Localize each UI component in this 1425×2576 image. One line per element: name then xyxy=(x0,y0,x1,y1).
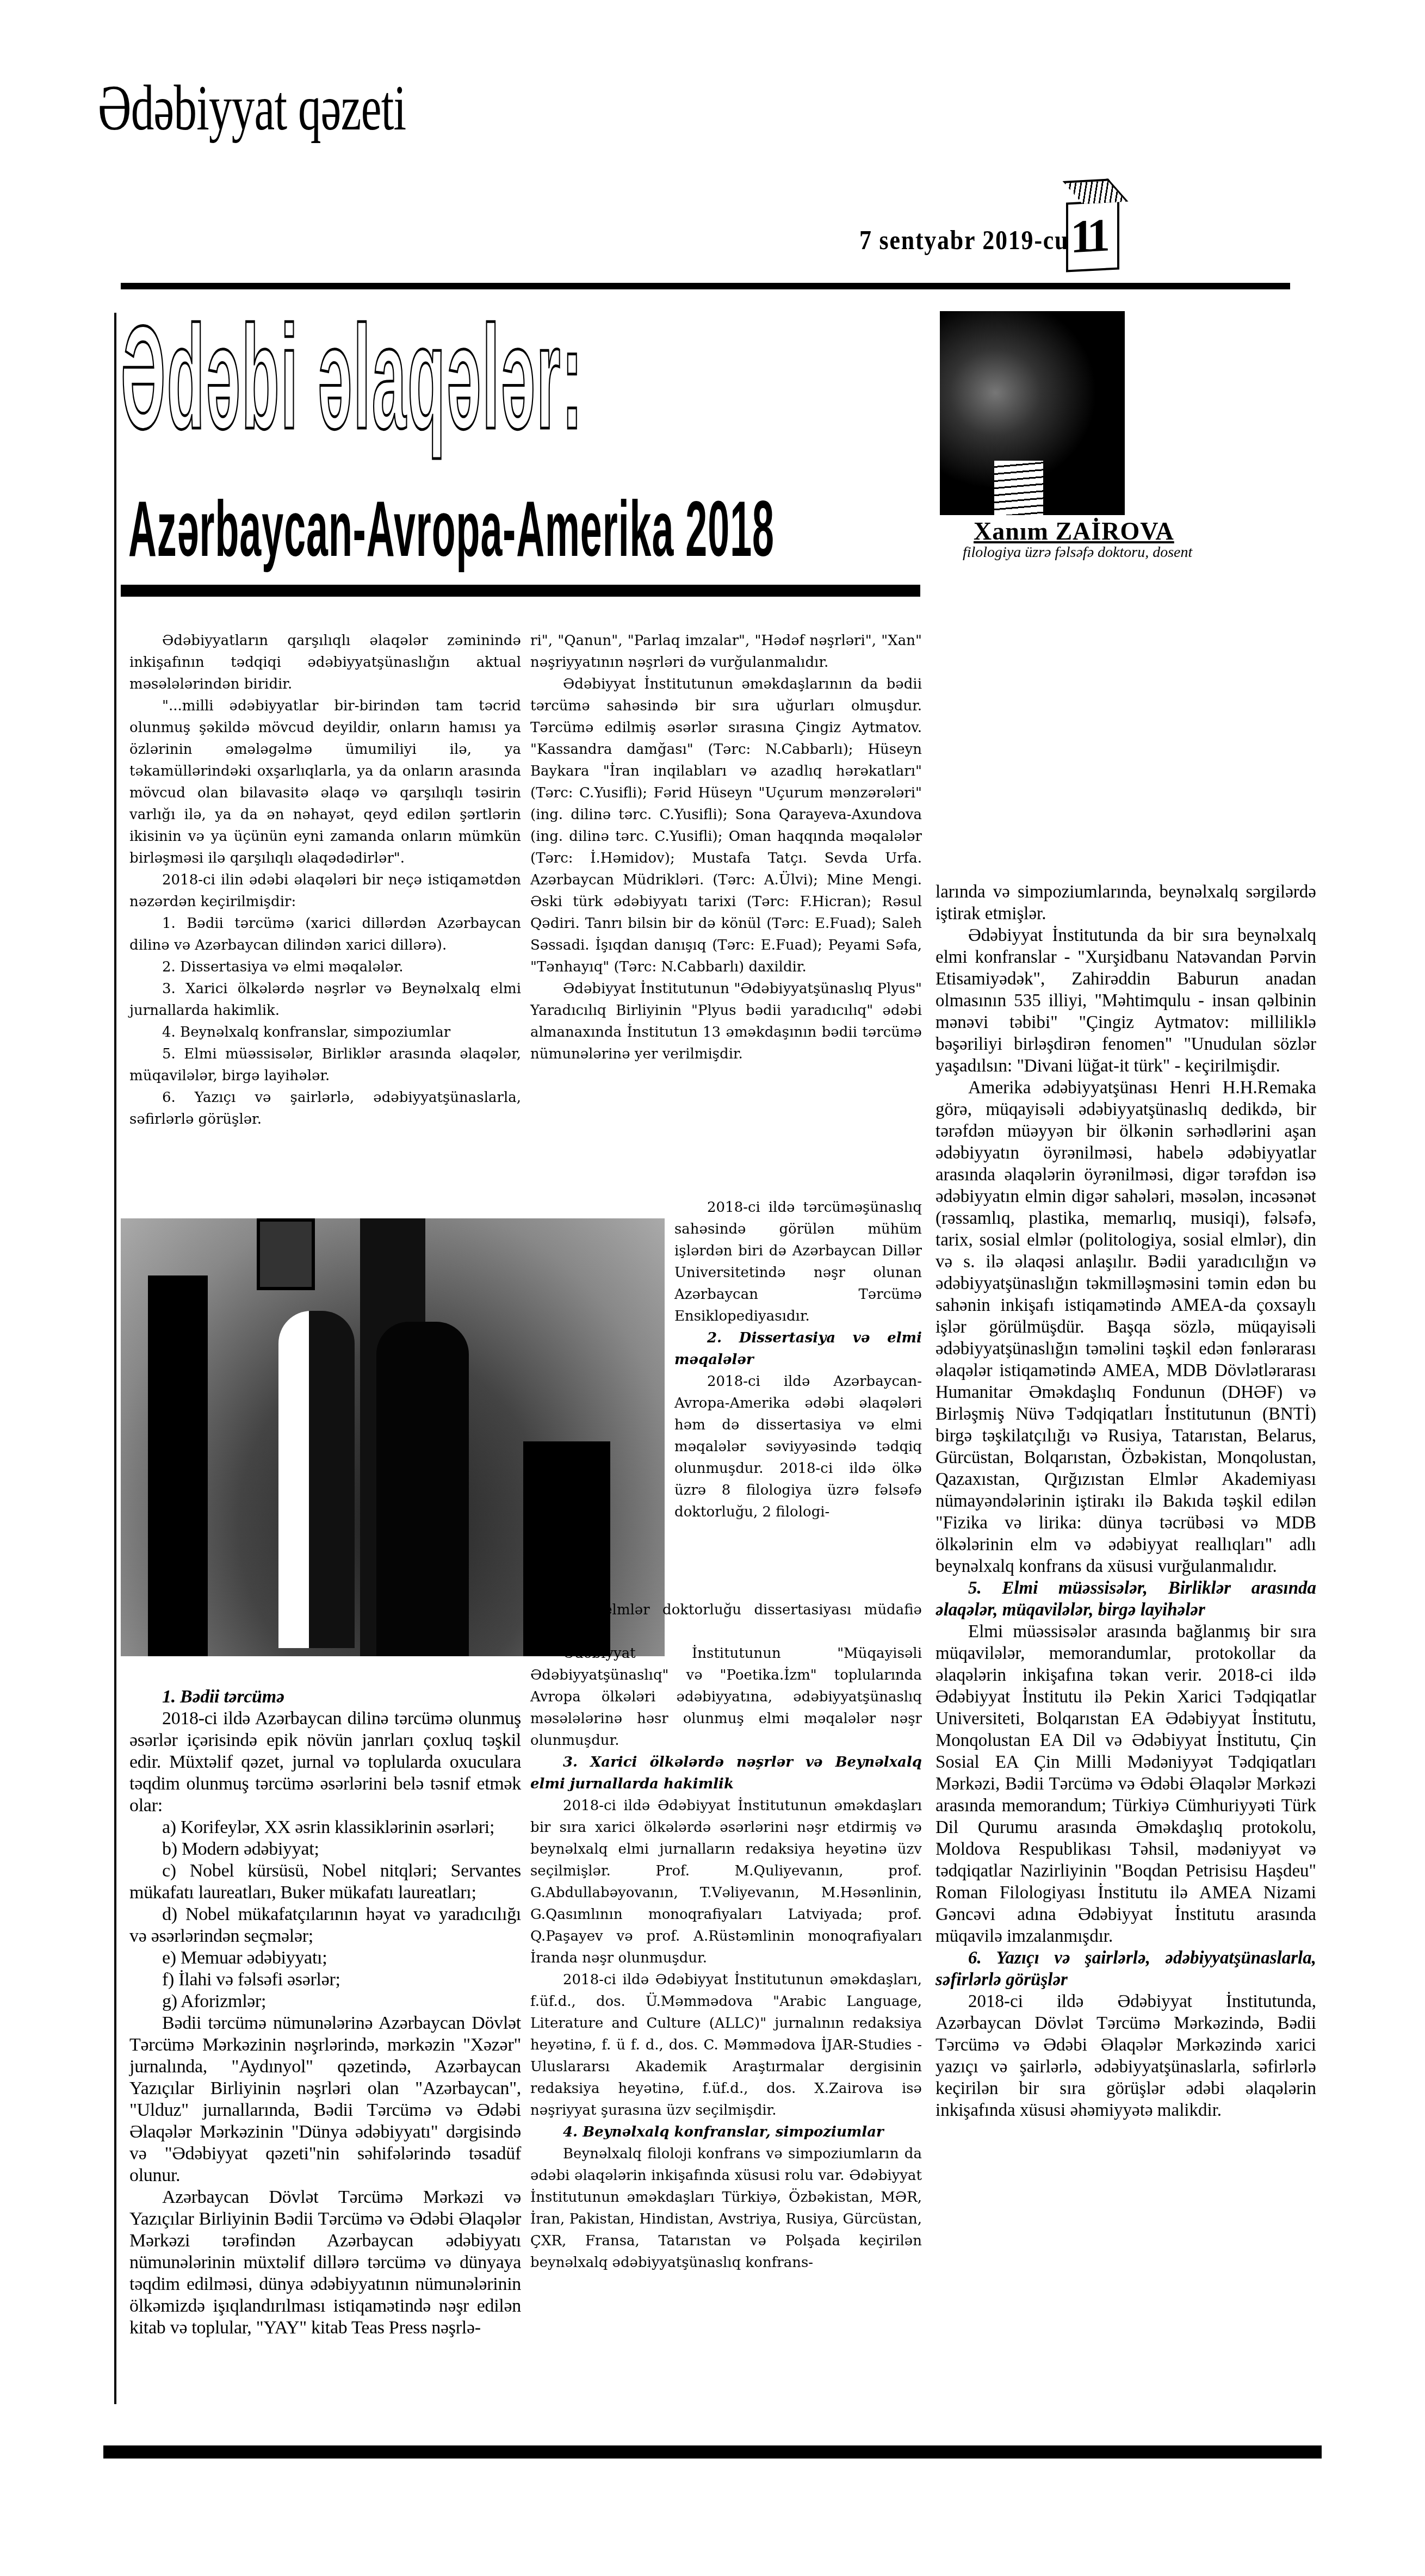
paragraph: Beynəlxalq filoloji konfrans və simpoziu… xyxy=(530,2143,922,2274)
list-item: 6. Yazıçı və şairlərlə, ədəbiyyatşünasla… xyxy=(129,1087,521,1130)
paragraph: Ədəbiyyat İnstitutunda da bir sıra beynə… xyxy=(935,925,1316,1077)
list-item: 3. Xarici ölkələrdə nəşrlər və Beynəlxal… xyxy=(129,978,521,1021)
section-heading-3: 3. Xarici ölkələrdə nəşrlər və Beynəlxal… xyxy=(530,1751,922,1795)
paragraph: Elmi müəssisələr arasında bağlanmış bir … xyxy=(935,1621,1316,1947)
header-rule xyxy=(121,283,1290,289)
paragraph: Ədəbiyyatların qarşılıqlı əlaqələr zəmin… xyxy=(129,630,521,695)
article-headline: Azərbaycan-Avropa-Amerika 2018 xyxy=(128,490,775,568)
list-item: e) Memuar ədəbiyyatı; xyxy=(129,1947,521,1969)
list-item: 5. Elmi müəssisələr, Birliklər arasında … xyxy=(129,1043,521,1087)
person-right xyxy=(376,1322,469,1656)
column-2-narrow: 2018-ci ildə tərcüməşünaslıq sahəsində g… xyxy=(674,1197,922,1523)
paragraph: Amerika ədəbiyyatşünası Henri H.H.Remaka… xyxy=(935,1077,1316,1577)
column-3: larında və simpoziumlarında, beynəlxalq … xyxy=(935,881,1316,2121)
column-1: Ədəbiyyatların qarşılıqlı əlaqələr zəmin… xyxy=(129,630,521,1130)
column-2-lower: ya üzrə elmlər doktorluğu dissertasiyası… xyxy=(530,1599,922,2274)
paragraph: 2018-ci ilin ədəbi əlaqələri bir neçə is… xyxy=(129,869,521,913)
paragraph: Bədii tərcümə nümunələrinə Azərbaycan Dö… xyxy=(129,2013,521,2187)
list-item: b) Modern ədəbiyyat; xyxy=(129,1838,521,1860)
list-item: 4. Beynəlxalq konfranslar, simpoziumlar xyxy=(129,1021,521,1043)
paragraph: 2018-ci ildə Azərbaycan-Avropa-Amerika ə… xyxy=(674,1371,922,1523)
paragraph: Ədəbiyyat İnstitutunun "Müqayisəli Ədəbi… xyxy=(530,1643,922,1751)
paragraph: 2018-ci ildə Azərbaycan dilinə tərcümə o… xyxy=(129,1708,521,1817)
paragraph: larında və simpoziumlarında, beynəlxalq … xyxy=(935,881,1316,925)
person-left xyxy=(278,1311,355,1648)
list-item: f) İlahi və fəlsəfi əsərlər; xyxy=(129,1969,521,1991)
paragraph: Ədəbiyyat İnstitutunun "Ədəbiyyatşünaslı… xyxy=(530,978,922,1065)
list-item: a) Korifeylər, XX əsrin klassiklərinin ə… xyxy=(129,1817,521,1838)
paragraph: Azərbaycan Dövlət Tərcümə Mərkəzi və Yaz… xyxy=(129,2187,521,2339)
author-portrait-photo xyxy=(940,311,1125,515)
issue-date: 7 sentyabr 2019-cu il xyxy=(859,224,1091,256)
section-heading-5: 5. Elmi müəssisələr, Birliklər arasında … xyxy=(935,1577,1316,1621)
paragraph: Ədəbiyyat İnstitutunun əməkdaşlarının da… xyxy=(530,673,922,978)
headline-rule xyxy=(121,585,920,597)
author-name: Xanım ZAİROVA xyxy=(974,517,1174,546)
article-rubric: Ədəbi əlaqələr: xyxy=(121,313,926,443)
page-number-badge: 11 xyxy=(1066,200,1119,272)
newspaper-masthead: Ədəbiyyat qəzeti xyxy=(98,76,406,140)
event-photo xyxy=(121,1218,665,1656)
column-1-lower: 1. Bədii tərcümə 2018-ci ildə Azərbaycan… xyxy=(129,1686,521,2339)
footer-rule xyxy=(103,2445,1322,2459)
section-heading-1: 1. Bədii tərcümə xyxy=(129,1686,521,1708)
section-heading-4: 4. Beynəlxalq konfranslar, simpoziumlar xyxy=(530,2121,922,2143)
column-2: ri", "Qanun", "Parlaq imzalar", "Hədəf n… xyxy=(530,630,922,1065)
paragraph: 2018-ci ildə tərcüməşünaslıq sahəsində g… xyxy=(674,1197,922,1327)
section-heading-6: 6. Yazıçı və şairlərlə, ədəbiyyatşünasla… xyxy=(935,1947,1316,1991)
list-item: d) Nobel mükafatçılarının həyat və yarad… xyxy=(129,1904,521,1947)
section-heading-2: 2. Dissertasiya və elmi məqalələr xyxy=(674,1327,922,1371)
list-item: 2. Dissertasiya və elmi məqalələr. xyxy=(129,956,521,978)
paragraph: 2018-ci ildə Ədəbiyyat İnstitutunun əmək… xyxy=(530,1795,922,1969)
article-border xyxy=(114,313,116,2404)
rubric-text: Ədəbi əlaqələr: xyxy=(121,305,584,451)
paragraph: ya üzrə elmlər doktorluğu dissertasiyası… xyxy=(530,1599,922,1643)
wall-picture xyxy=(257,1218,315,1290)
list-item: g) Aforizmlər; xyxy=(129,1991,521,2013)
page-number: 11 xyxy=(1070,212,1106,260)
author-title: filologiya üzrə fəlsəfə doktoru, dosent xyxy=(963,544,1192,561)
striped-shirt xyxy=(994,461,1043,515)
paragraph: ri", "Qanun", "Parlaq imzalar", "Hədəf n… xyxy=(530,630,922,673)
paragraph: 2018-ci ildə Ədəbiyyat İnstitutunun əmək… xyxy=(530,1969,922,2121)
book-icon xyxy=(1063,179,1129,204)
paragraph: 2018-ci ildə Ədəbiyyat İnstitutunda, Azə… xyxy=(935,1991,1316,2121)
bookshelf xyxy=(148,1275,208,1656)
list-item: 1. Bədii tərcümə (xarici dillərdən Azərb… xyxy=(129,913,521,956)
list-item: c) Nobel kürsüsü, Nobel nitqləri; Servan… xyxy=(129,1860,521,1904)
quote-paragraph: "...milli ədəbiyyatlar bir-birindən tam … xyxy=(129,695,521,869)
